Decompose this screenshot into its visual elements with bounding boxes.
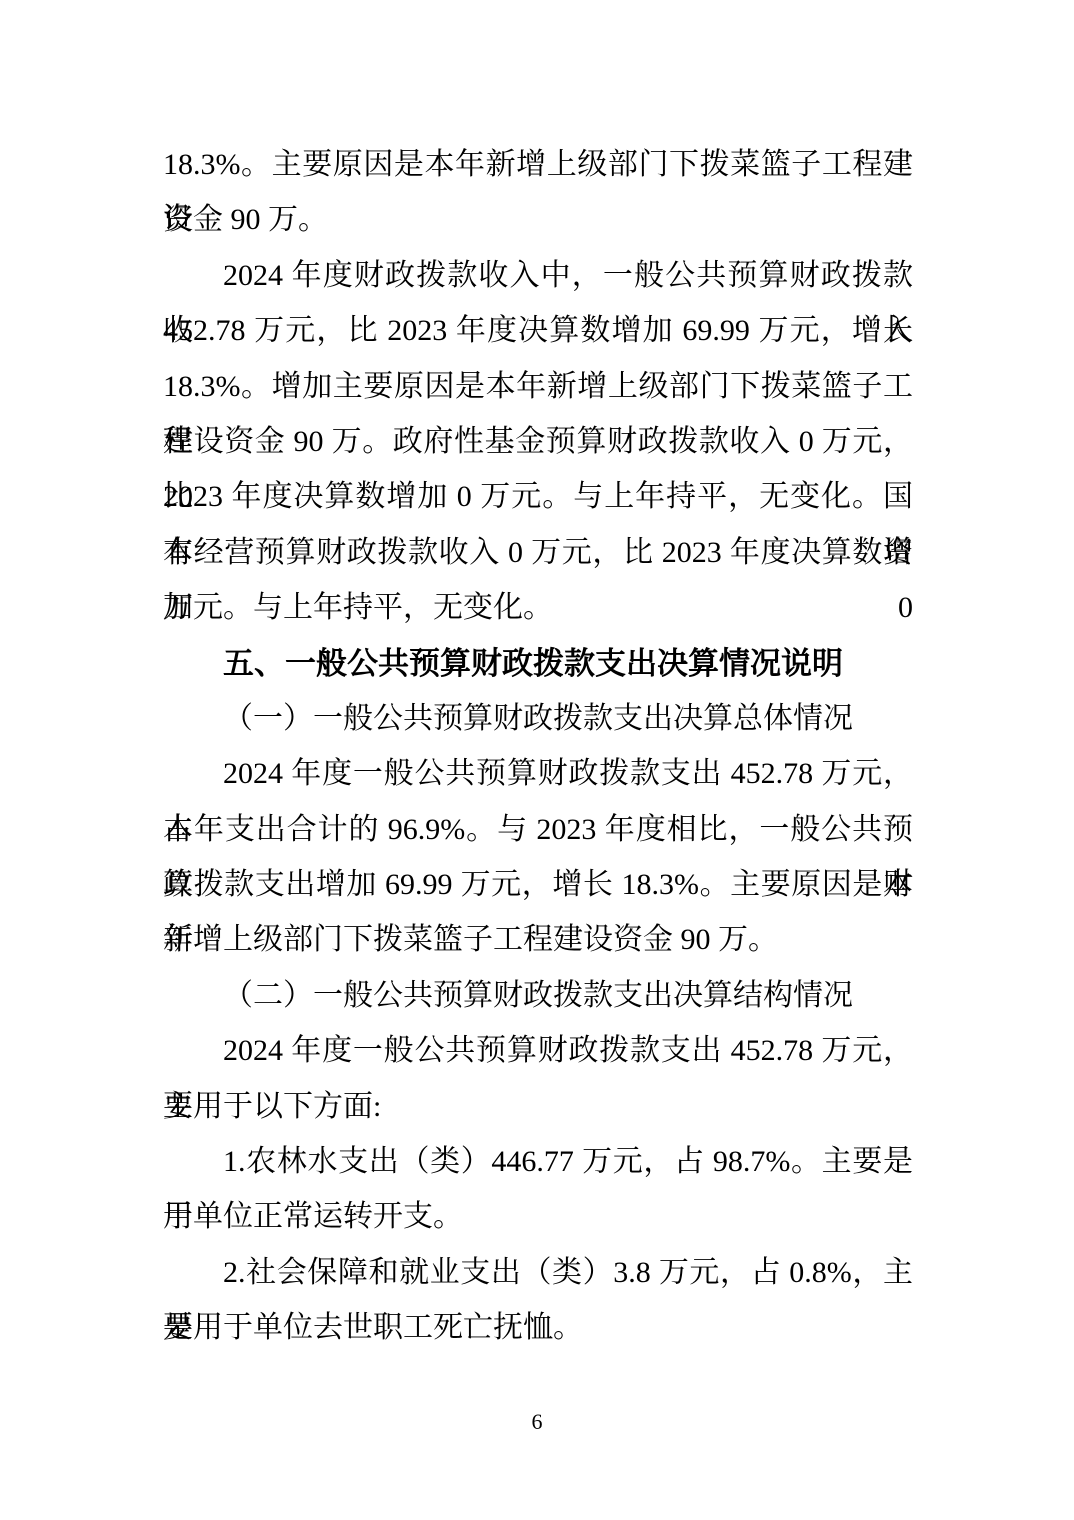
subsection-heading: （二）一般公共预算财政拨款支出决算结构情况 bbox=[163, 968, 913, 1023]
body-line: 资金 90 万。 bbox=[163, 192, 913, 247]
document-page: 18.3%。主要原因是本年新增上级部门下拨菜篮子工程建设 资金 90 万。 20… bbox=[0, 0, 1074, 1520]
subsection-heading: （一）一般公共预算财政拨款支出决算总体情况 bbox=[163, 691, 913, 746]
body-line: 1.农林水支出（类）446.77 万元，占 98.7%。主要是用 bbox=[163, 1134, 913, 1189]
body-line: 2023 年度决算数增加 0 万元。与上年持平，无变化。国有资 bbox=[163, 469, 913, 524]
section-heading: 五、一般公共预算财政拨款支出决算情况说明 bbox=[163, 636, 913, 691]
body-line: 2024 年度一般公共预算财政拨款支出 452.78 万元，占 bbox=[163, 746, 913, 801]
body-line: 建设资金 90 万。政府性基金预算财政拨款收入 0 万元，比 bbox=[163, 414, 913, 469]
body-line: 18.3%。增加主要原因是本年新增上级部门下拨菜篮子工程 bbox=[163, 359, 913, 414]
body-line: 18.3%。主要原因是本年新增上级部门下拨菜篮子工程建设 bbox=[163, 137, 913, 192]
body-line: 2024 年度财政拨款收入中，一般公共预算财政拨款收入 bbox=[163, 248, 913, 303]
page-number: 6 bbox=[532, 1407, 543, 1437]
body-line: 政拨款支出增加 69.99 万元，增长 18.3%。主要原因是本年 bbox=[163, 857, 913, 912]
body-line: 新增上级部门下拨菜篮子工程建设资金 90 万。 bbox=[163, 912, 913, 967]
body-line: 452.78 万元，比 2023 年度决算数增加 69.99 万元，增长 bbox=[163, 303, 913, 358]
body-line: 是用于单位去世职工死亡抚恤。 bbox=[163, 1300, 913, 1355]
body-line: 2024 年度一般公共预算财政拨款支出 452.78 万元，主 bbox=[163, 1023, 913, 1078]
page-footer: 6 bbox=[0, 1407, 1074, 1437]
body-line: 2.社会保障和就业支出（类）3.8 万元，占 0.8%，主要 bbox=[163, 1245, 913, 1300]
body-line: 要用于以下方面: bbox=[163, 1079, 913, 1134]
body-line: 本年支出合计的 96.9%。与 2023 年度相比，一般公共预算财 bbox=[163, 802, 913, 857]
document-body: 18.3%。主要原因是本年新增上级部门下拨菜篮子工程建设 资金 90 万。 20… bbox=[0, 0, 1074, 1356]
body-line: 本经营预算财政拨款收入 0 万元，比 2023 年度决算数增加 0 bbox=[163, 525, 913, 580]
body-line: 于单位正常运转开支。 bbox=[163, 1189, 913, 1244]
